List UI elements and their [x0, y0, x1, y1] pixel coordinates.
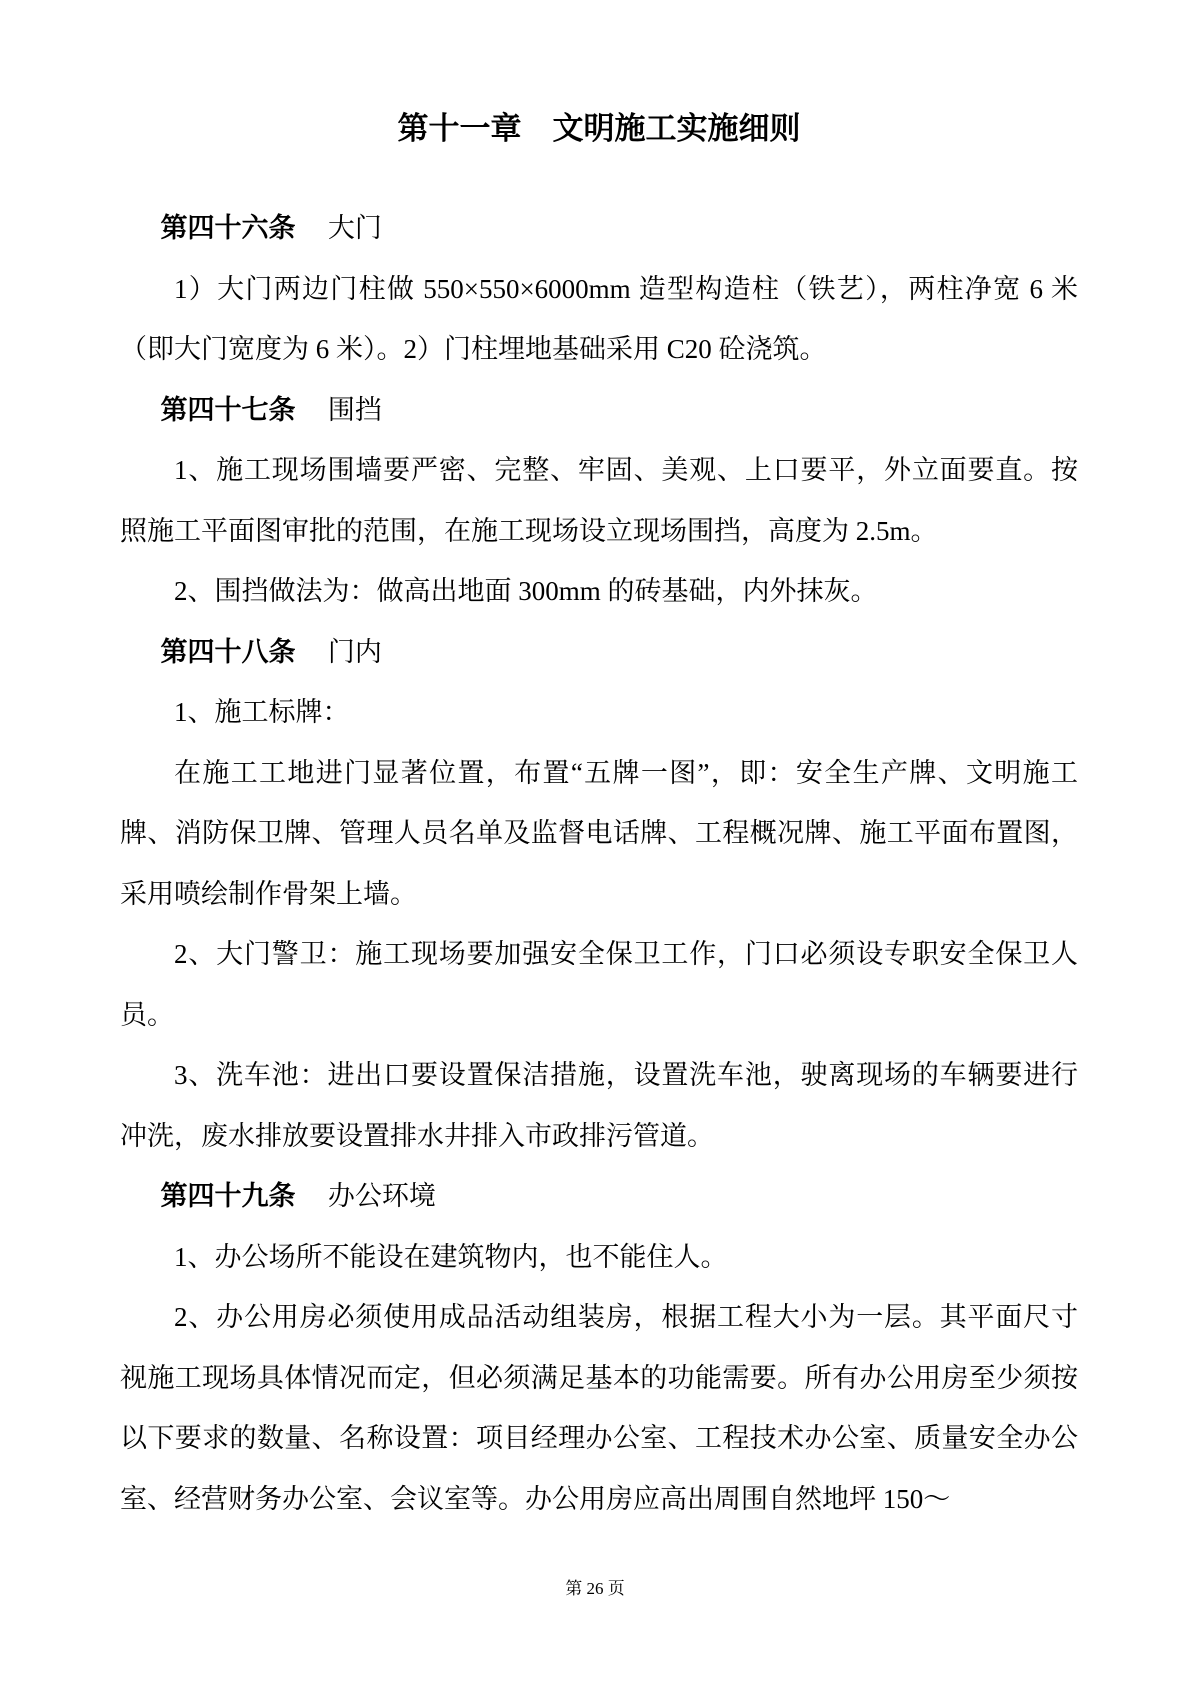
section-name: 围挡 — [328, 395, 382, 425]
document-body: 第四十六条大门 1）大门两边门柱做 550×550×6000mm 造型构造柱（铁… — [120, 198, 1078, 1529]
section-heading-46: 第四十六条大门 — [120, 198, 1078, 259]
paragraph: 1、办公场所不能设在建筑物内，也不能住人。 — [120, 1227, 1078, 1288]
paragraph: 2、办公用房必须使用成品活动组装房，根据工程大小为一层。其平面尺寸视施工现场具体… — [120, 1287, 1078, 1529]
paragraph: 1、施工标牌： — [120, 682, 1078, 743]
paragraph: 3、洗车池：进出口要设置保洁措施，设置洗车池，驶离现场的车辆要进行冲洗，废水排放… — [120, 1045, 1078, 1166]
paragraph: 1、施工现场围墙要严密、完整、牢固、美观、上口要平，外立面要直。按照施工平面图审… — [120, 440, 1078, 561]
chapter-title: 第十一章 文明施工实施细则 — [120, 106, 1078, 152]
section-label: 第四十九条 — [161, 1181, 296, 1211]
section-name: 办公环境 — [328, 1181, 436, 1211]
section-label: 第四十八条 — [161, 637, 296, 667]
section-name: 门内 — [328, 637, 382, 667]
section-name: 大门 — [328, 213, 382, 243]
document-page: 第十一章 文明施工实施细则 第四十六条大门 1）大门两边门柱做 550×550×… — [0, 0, 1190, 1683]
paragraph: 2、围挡做法为：做高出地面 300mm 的砖基础，内外抹灰。 — [120, 561, 1078, 622]
section-heading-48: 第四十八条门内 — [120, 622, 1078, 683]
paragraph: 1）大门两边门柱做 550×550×6000mm 造型构造柱（铁艺），两柱净宽 … — [120, 259, 1078, 380]
paragraph: 在施工工地进门显著位置，布置“五牌一图”，即：安全生产牌、文明施工牌、消防保卫牌… — [120, 743, 1078, 925]
section-heading-47: 第四十七条围挡 — [120, 380, 1078, 441]
page-number: 第 26 页 — [0, 1577, 1190, 1601]
section-label: 第四十六条 — [161, 213, 296, 243]
section-heading-49: 第四十九条办公环境 — [120, 1166, 1078, 1227]
section-label: 第四十七条 — [161, 395, 296, 425]
paragraph: 2、大门警卫：施工现场要加强安全保卫工作，门口必须设专职安全保卫人员。 — [120, 924, 1078, 1045]
